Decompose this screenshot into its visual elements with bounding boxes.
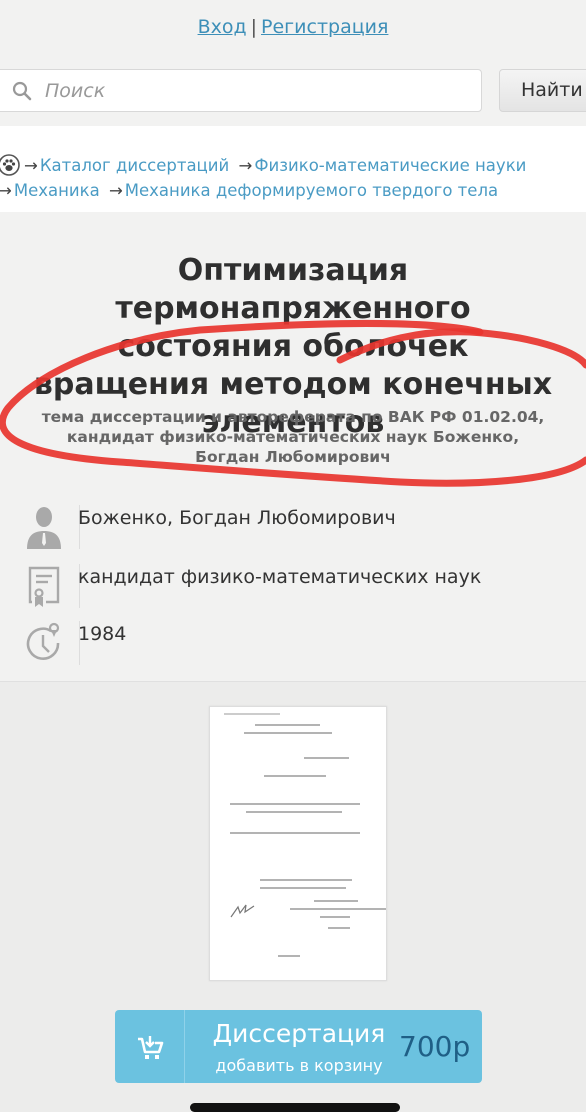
cart-button-label: Диссертация [199,1019,399,1048]
search-box[interactable] [0,69,482,112]
breadcrumb-arrow: → [238,156,252,175]
info-year: 1984 [20,619,580,671]
register-link[interactable]: Регистрация [261,16,388,38]
page-subtitle: тема диссертации и автореферата по ВАК Р… [0,407,586,467]
breadcrumb-arrow: → [0,181,12,200]
auth-bar: Вход|Регистрация [0,16,586,38]
cart-icon-box [115,1010,185,1083]
breadcrumb-item-solid-mechanics[interactable]: Механика деформируемого твердого тела [125,181,498,200]
info-degree: кандидат физико-математических наук [20,562,580,614]
search-button[interactable]: Найти [499,69,586,112]
cart-button-sublabel: добавить в корзину [199,1056,399,1075]
clock-icon [24,619,64,667]
breadcrumb-item-mechanics[interactable]: Механика [14,181,100,200]
breadcrumb-arrow: → [24,156,38,175]
cart-add-icon [136,1033,164,1061]
home-indicator[interactable] [190,1103,400,1112]
auth-separator: | [251,16,257,38]
dissertation-preview-thumbnail[interactable] [209,706,387,981]
search-input[interactable] [45,70,465,111]
breadcrumb-arrow: → [109,181,123,200]
info-author: Боженко, Богдан Любомирович [20,503,580,555]
paw-icon[interactable] [0,154,20,176]
degree-text: кандидат физико-математических наук [78,566,481,588]
user-icon [24,503,64,551]
breadcrumb-item-physmath[interactable]: Физико-математические науки [254,156,526,175]
breadcrumb-item-catalog[interactable]: Каталог диссертаций [40,156,229,175]
year-text: 1984 [78,623,126,645]
breadcrumb: →Каталог диссертаций →Физико-математичес… [0,153,578,203]
search-icon [11,80,33,102]
author-name: Боженко, Богдан Любомирович [78,507,396,529]
login-link[interactable]: Вход [198,16,247,38]
certificate-icon [24,562,64,610]
breadcrumb-container: →Каталог диссертаций →Физико-математичес… [0,126,586,212]
price: 700р [399,1030,470,1063]
add-to-cart-button[interactable]: Диссертация добавить в корзину 700р [115,1010,482,1083]
signature-mark [230,903,256,919]
